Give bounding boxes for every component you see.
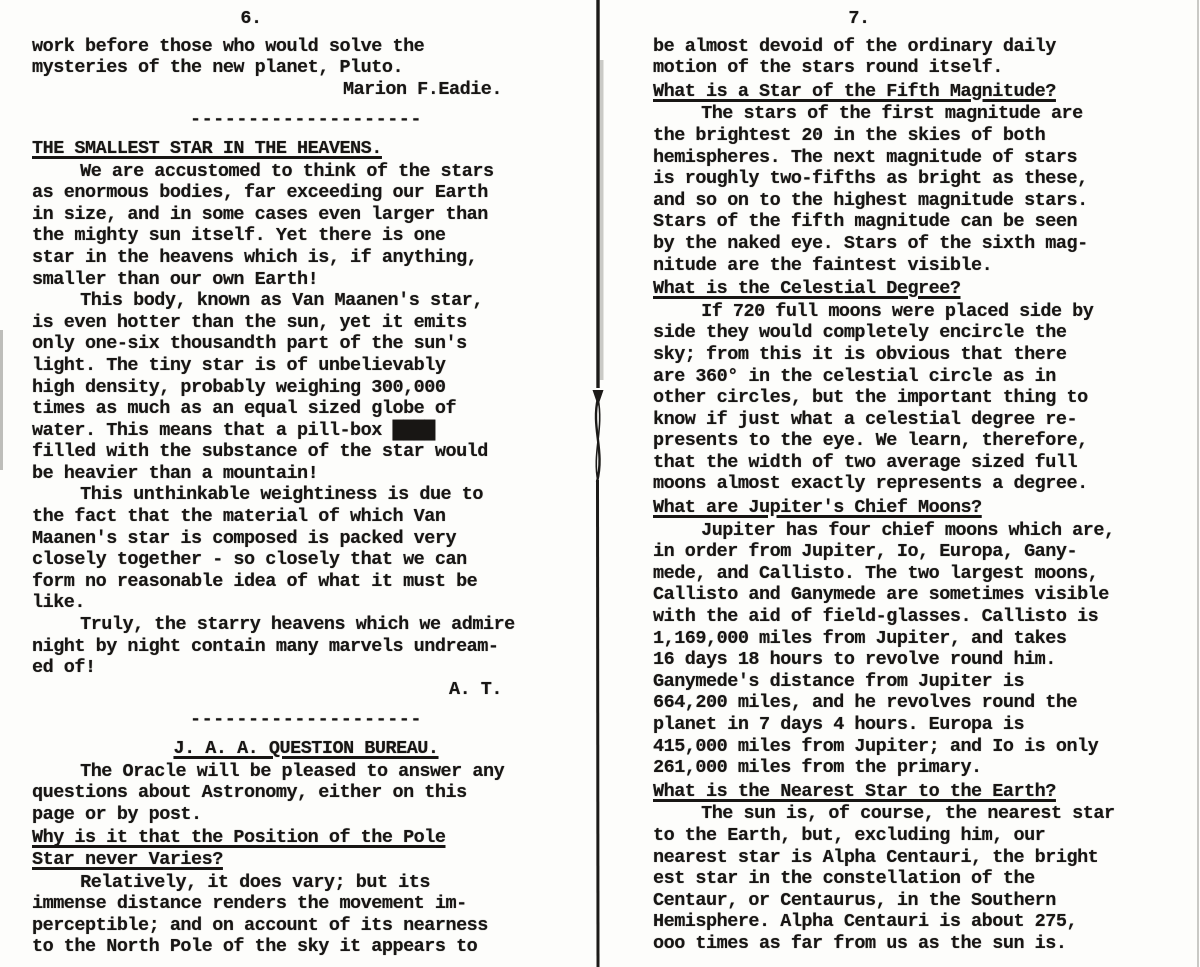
question-block: What is a Star of the Fifth Magnitude? T… (653, 81, 1175, 276)
page-6-number: 6. (0, 8, 525, 30)
binding-spine (583, 0, 613, 967)
question-answer: The stars of the first magnitude are the… (653, 103, 1175, 276)
scanned-document: { "accent_colors": { "ink": "#181614", "… (0, 0, 1200, 967)
question-answer: If 720 full moons were placed side by si… (653, 301, 1175, 495)
question-title: Why is it that the Position of the Pole … (32, 827, 580, 870)
page-6: 6. work before those who would solve the… (32, 8, 580, 958)
question-title: What is the Celestial Degree? (653, 278, 1175, 300)
intro-continuation-text: work before those who would solve the my… (32, 36, 580, 79)
question-title: What are Jupiter's Chief Moons? (653, 497, 1175, 519)
continuation-text: be almost devoid of the ordinary daily m… (653, 36, 1175, 79)
question-block: What are Jupiter's Chief Moons? Jupiter … (653, 497, 1175, 779)
article-paragraph: This body, known as Van Maanen's star, i… (32, 290, 580, 484)
question-title: What is the Nearest Star to the Earth? (653, 781, 1175, 803)
question-title: What is a Star of the Fifth Magnitude? (653, 81, 1175, 103)
question-answer: Relatively, it does vary; but its immens… (32, 872, 580, 958)
article-paragraph: We are accustomed to think of the stars … (32, 161, 580, 291)
article-title: THE SMALLEST STAR IN THE HEAVENS. (32, 138, 580, 160)
scan-edge-artifact (1197, 0, 1199, 967)
question-answer: The sun is, of course, the nearest star … (653, 803, 1175, 954)
dashed-separator: -------------------- (32, 109, 580, 131)
article-paragraph: Truly, the starry heavens which we admir… (32, 614, 580, 679)
question-block: What is the Celestial Degree? If 720 ful… (653, 278, 1175, 495)
intro-signature: Marion F.Eadie. (32, 79, 580, 101)
scan-edge-artifact (0, 330, 3, 470)
page-7: 7. be almost devoid of the ordinary dail… (653, 8, 1175, 955)
bureau-title: J. A. A. QUESTION BUREAU. (32, 738, 580, 760)
question-block: What is the Nearest Star to the Earth? T… (653, 781, 1175, 955)
article-paragraph: This unthinkable weightiness is due to t… (32, 484, 580, 614)
dashed-separator: -------------------- (32, 709, 580, 731)
bureau-intro-text: The Oracle will be pleased to answer any… (32, 761, 580, 826)
page-7-number: 7. (598, 8, 1120, 30)
article-signature: A. T. (32, 679, 580, 701)
question-answer: Jupiter has four chief moons which are, … (653, 520, 1175, 779)
